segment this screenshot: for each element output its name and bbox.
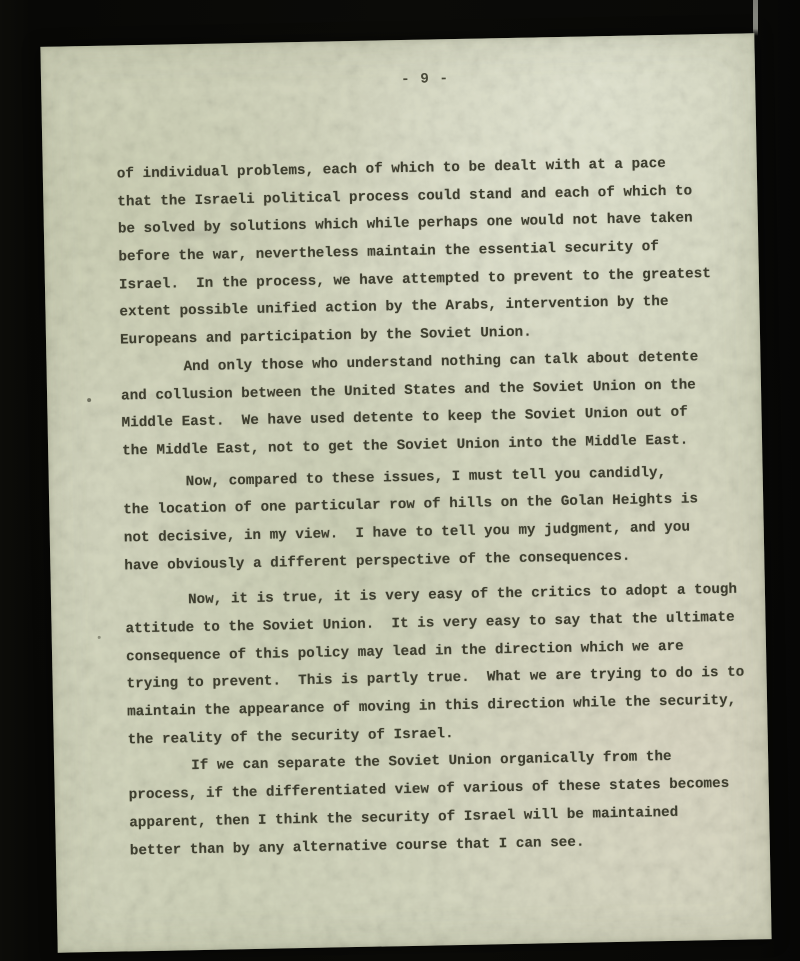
ink-speck <box>98 636 101 639</box>
page-number: - 9 - <box>115 66 735 94</box>
scan-artifact-line <box>753 0 758 36</box>
scanned-page: - 9 - of individual problems, each of wh… <box>40 33 771 953</box>
ink-speck <box>87 398 91 402</box>
scan-background: - 9 - of individual problems, each of wh… <box>0 0 800 961</box>
page-body: of individual problems, each of which to… <box>117 149 760 865</box>
